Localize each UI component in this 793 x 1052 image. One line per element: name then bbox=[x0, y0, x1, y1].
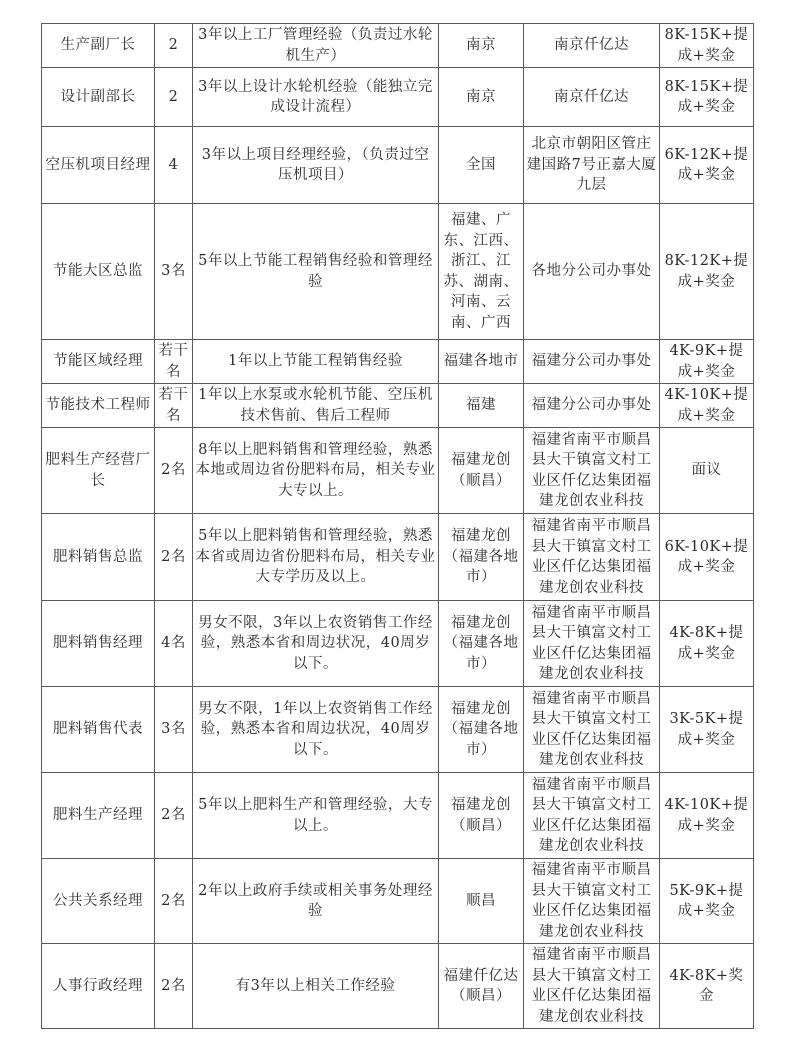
table-row: 肥料销售代表3名男女不限，1年以上农资销售工作经验，熟悉本省和周边状况，40周岁… bbox=[42, 687, 754, 773]
salary-cell: 4K-8K+提成+奖金 bbox=[660, 601, 754, 687]
position-cell: 节能大区总监 bbox=[42, 204, 155, 340]
requirement-cell: 5年以上肥料生产和管理经验，大专以上。 bbox=[193, 773, 439, 859]
table-row: 肥料生产经营厂长2名8年以上肥料销售和管理经验，熟悉本地或周边省份肥料布局，相关… bbox=[42, 428, 754, 514]
work-location-cell: 福建龙创（顺昌） bbox=[439, 428, 524, 514]
requirement-cell: 1年以上节能工程销售经验 bbox=[193, 340, 439, 384]
job-listing-table: 生产副厂长23年以上工厂管理经验（负责过水轮机生产）南京南京仟亿达8K-15K+… bbox=[41, 23, 754, 1029]
requirement-cell: 3年以上设计水轮机经验（能独立完成设计流程） bbox=[193, 68, 439, 127]
address-cell: 福建分公司办事处 bbox=[524, 384, 660, 428]
headcount-cell: 2名 bbox=[155, 514, 193, 601]
position-cell: 肥料销售经理 bbox=[42, 601, 155, 687]
work-location-cell: 福建仟亿达（顺昌） bbox=[439, 944, 524, 1029]
address-cell: 福建省南平市顺昌县大干镇富文村工业区仟亿达集团福建龙创农业科技 bbox=[524, 944, 660, 1029]
address-cell: 福建省南平市顺昌县大干镇富文村工业区仟亿达集团福建龙创农业科技 bbox=[524, 601, 660, 687]
position-cell: 生产副厂长 bbox=[42, 24, 155, 68]
requirement-cell: 8年以上肥料销售和管理经验，熟悉本地或周边省份肥料布局，相关专业大专以上。 bbox=[193, 428, 439, 514]
table-row: 人事行政经理2名有3年以上相关工作经验福建仟亿达（顺昌）福建省南平市顺昌县大干镇… bbox=[42, 944, 754, 1029]
position-cell: 肥料生产经营厂长 bbox=[42, 428, 155, 514]
requirement-cell: 5年以上肥料销售和管理经验，熟悉本省或周边省份肥料布局，相关专业大专学历及以上。 bbox=[193, 514, 439, 601]
address-cell: 南京仟亿达 bbox=[524, 24, 660, 68]
address-cell: 福建分公司办事处 bbox=[524, 340, 660, 384]
table-row: 节能大区总监3名5年以上节能工程销售经验和管理经验福建、广东、江西、浙江、江苏、… bbox=[42, 204, 754, 340]
table-row: 空压机项目经理43年以上项目经理经验，（负责过空压机项目）全国北京市朝阳区管庄建… bbox=[42, 127, 754, 204]
requirement-cell: 3年以上工厂管理经验（负责过水轮机生产） bbox=[193, 24, 439, 68]
table-row: 肥料销售经理4名男女不限，3年以上农资销售工作经验，熟悉本省和周边状况，40周岁… bbox=[42, 601, 754, 687]
headcount-cell: 3名 bbox=[155, 204, 193, 340]
work-location-cell: 福建龙创（顺昌） bbox=[439, 773, 524, 859]
salary-cell: 6K-10K+提成+奖金 bbox=[660, 514, 754, 601]
work-location-cell: 全国 bbox=[439, 127, 524, 204]
salary-cell: 4K-9K+提成+奖金 bbox=[660, 340, 754, 384]
salary-cell: 面议 bbox=[660, 428, 754, 514]
table-row: 设计副部长23年以上设计水轮机经验（能独立完成设计流程）南京南京仟亿达8K-15… bbox=[42, 68, 754, 127]
headcount-cell: 2 bbox=[155, 24, 193, 68]
table-row: 肥料销售总监2名5年以上肥料销售和管理经验，熟悉本省或周边省份肥料布局，相关专业… bbox=[42, 514, 754, 601]
table-row: 公共关系经理2名2年以上政府手续或相关事务处理经验顺昌福建省南平市顺昌县大干镇富… bbox=[42, 859, 754, 944]
work-location-cell: 福建龙创（福建各地市） bbox=[439, 687, 524, 773]
table-row: 肥料生产经理2名5年以上肥料生产和管理经验，大专以上。福建龙创（顺昌）福建省南平… bbox=[42, 773, 754, 859]
work-location-cell: 福建 bbox=[439, 384, 524, 428]
work-location-cell: 福建、广东、江西、浙江、江苏、湖南、河南、云南、广西 bbox=[439, 204, 524, 340]
requirement-cell: 5年以上节能工程销售经验和管理经验 bbox=[193, 204, 439, 340]
headcount-cell: 4名 bbox=[155, 601, 193, 687]
headcount-cell: 若干名 bbox=[155, 340, 193, 384]
headcount-cell: 2名 bbox=[155, 859, 193, 944]
work-location-cell: 福建龙创（福建各地市） bbox=[439, 601, 524, 687]
salary-cell: 8K-12K+提成+奖金 bbox=[660, 204, 754, 340]
work-location-cell: 福建各地市 bbox=[439, 340, 524, 384]
salary-cell: 4K-8K+奖金 bbox=[660, 944, 754, 1029]
salary-cell: 4K-10K+提成+奖金 bbox=[660, 384, 754, 428]
salary-cell: 5K-9K+提成+奖金 bbox=[660, 859, 754, 944]
position-cell: 人事行政经理 bbox=[42, 944, 155, 1029]
requirement-cell: 2年以上政府手续或相关事务处理经验 bbox=[193, 859, 439, 944]
salary-cell: 8K-15K+提成+奖金 bbox=[660, 68, 754, 127]
address-cell: 南京仟亿达 bbox=[524, 68, 660, 127]
address-cell: 福建省南平市顺昌县大干镇富文村工业区仟亿达集团福建龙创农业科技 bbox=[524, 687, 660, 773]
address-cell: 各地分公司办事处 bbox=[524, 204, 660, 340]
headcount-cell: 3名 bbox=[155, 687, 193, 773]
salary-cell: 8K-15K+提成+奖金 bbox=[660, 24, 754, 68]
salary-cell: 4K-10K+提成+奖金 bbox=[660, 773, 754, 859]
address-cell: 北京市朝阳区管庄建国路7号正嘉大厦九层 bbox=[524, 127, 660, 204]
address-cell: 福建省南平市顺昌县大干镇富文村工业区仟亿达集团福建龙创农业科技 bbox=[524, 859, 660, 944]
position-cell: 设计副部长 bbox=[42, 68, 155, 127]
position-cell: 节能区域经理 bbox=[42, 340, 155, 384]
position-cell: 节能技术工程师 bbox=[42, 384, 155, 428]
position-cell: 肥料生产经理 bbox=[42, 773, 155, 859]
work-location-cell: 南京 bbox=[439, 24, 524, 68]
requirement-cell: 3年以上项目经理经验，（负责过空压机项目） bbox=[193, 127, 439, 204]
position-cell: 肥料销售代表 bbox=[42, 687, 155, 773]
position-cell: 空压机项目经理 bbox=[42, 127, 155, 204]
table-row: 节能技术工程师若干名1年以上水泵或水轮机节能、空压机技术售前、售后工程师福建福建… bbox=[42, 384, 754, 428]
headcount-cell: 2名 bbox=[155, 428, 193, 514]
address-cell: 福建省南平市顺昌县大干镇富文村工业区仟亿达集团福建龙创农业科技 bbox=[524, 514, 660, 601]
headcount-cell: 2名 bbox=[155, 773, 193, 859]
headcount-cell: 2名 bbox=[155, 944, 193, 1029]
table-row: 生产副厂长23年以上工厂管理经验（负责过水轮机生产）南京南京仟亿达8K-15K+… bbox=[42, 24, 754, 68]
salary-cell: 3K-5K+提成+奖金 bbox=[660, 687, 754, 773]
work-location-cell: 福建龙创（福建各地市） bbox=[439, 514, 524, 601]
address-cell: 福建省南平市顺昌县大干镇富文村工业区仟亿达集团福建龙创农业科技 bbox=[524, 773, 660, 859]
headcount-cell: 2 bbox=[155, 68, 193, 127]
work-location-cell: 顺昌 bbox=[439, 859, 524, 944]
address-cell: 福建省南平市顺昌县大干镇富文村工业区仟亿达集团福建龙创农业科技 bbox=[524, 428, 660, 514]
requirement-cell: 男女不限，1年以上农资销售工作经验，熟悉本省和周边状况，40周岁以下。 bbox=[193, 687, 439, 773]
position-cell: 公共关系经理 bbox=[42, 859, 155, 944]
salary-cell: 6K-12K+提成+奖金 bbox=[660, 127, 754, 204]
headcount-cell: 4 bbox=[155, 127, 193, 204]
requirement-cell: 1年以上水泵或水轮机节能、空压机技术售前、售后工程师 bbox=[193, 384, 439, 428]
work-location-cell: 南京 bbox=[439, 68, 524, 127]
requirement-cell: 男女不限，3年以上农资销售工作经验，熟悉本省和周边状况，40周岁以下。 bbox=[193, 601, 439, 687]
requirement-cell: 有3年以上相关工作经验 bbox=[193, 944, 439, 1029]
headcount-cell: 若干名 bbox=[155, 384, 193, 428]
position-cell: 肥料销售总监 bbox=[42, 514, 155, 601]
job-table-body: 生产副厂长23年以上工厂管理经验（负责过水轮机生产）南京南京仟亿达8K-15K+… bbox=[42, 24, 754, 1029]
table-row: 节能区域经理若干名1年以上节能工程销售经验福建各地市福建分公司办事处4K-9K+… bbox=[42, 340, 754, 384]
